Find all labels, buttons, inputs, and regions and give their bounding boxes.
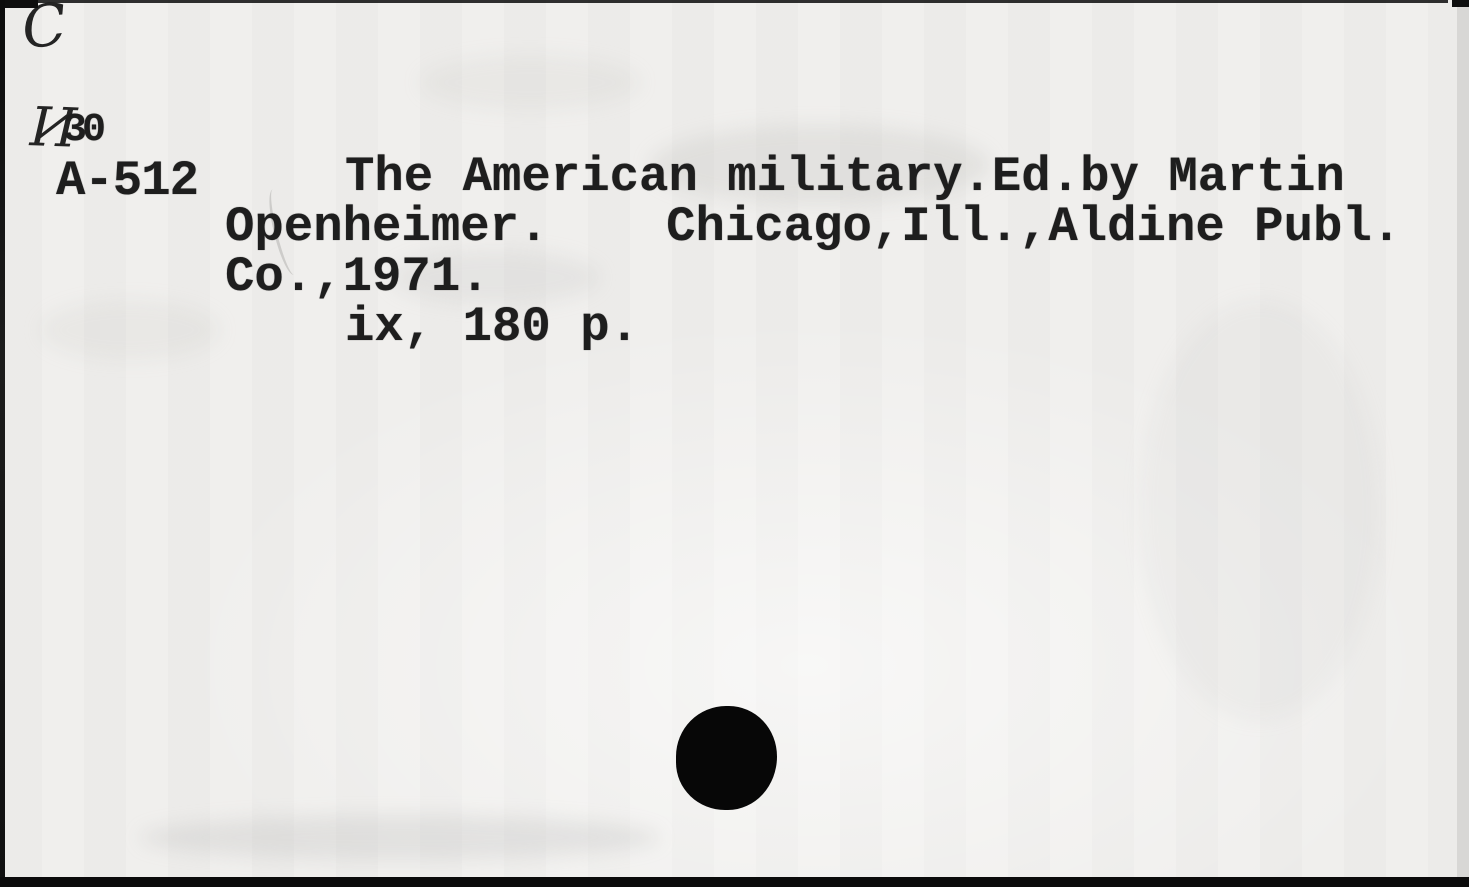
- entry-line-publisher-year: Co.,1971.: [225, 252, 1401, 302]
- call-number-shelf-code: A-512: [56, 156, 198, 206]
- punch-hole-dot: [676, 706, 777, 810]
- scan-edge-top-left-corner: [0, 0, 38, 8]
- entry-line-title: The American military.Ed.by Martin: [225, 152, 1401, 202]
- call-number-class-digits: 30: [63, 110, 101, 152]
- catalog-card-scan: C И 30 A-512 The American military.Ed.by…: [0, 0, 1469, 887]
- bibliographic-entry: The American military.Ed.by Martin Openh…: [225, 152, 1401, 352]
- handwritten-corner-letter: C: [19, 0, 70, 62]
- scan-edge-top: [0, 0, 1448, 3]
- scan-edge-top-right-tick: [1452, 0, 1469, 7]
- scan-edge-left: [0, 0, 5, 887]
- scan-edge-bottom: [0, 877, 1469, 887]
- entry-line-imprint: Openheimer. Chicago,Ill.,Aldine Publ.: [225, 202, 1401, 252]
- entry-line-collation: ix, 180 p.: [225, 302, 1401, 352]
- scan-edge-right-band: [1457, 0, 1469, 887]
